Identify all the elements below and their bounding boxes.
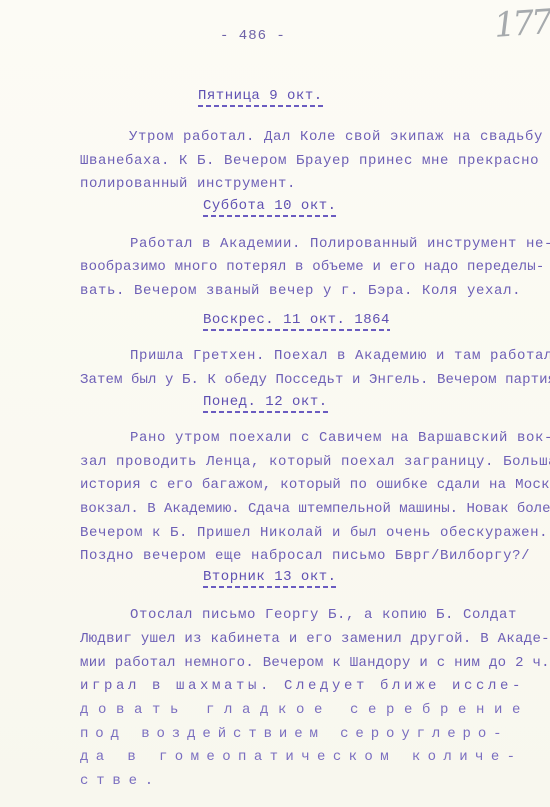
entry-line: вокзал. В Академию. Сдача штемпельной ма…	[80, 501, 550, 517]
entry-heading: Пятница 9 окт.	[198, 88, 323, 107]
entry-line: под воздействием сероуглеро-	[80, 726, 508, 742]
heading-underline	[203, 329, 390, 331]
entry-line: Отослал письмо Георгу Б., а копию Б. Сол…	[130, 607, 517, 623]
entry-line: стве.	[80, 773, 161, 789]
page-number: - 486 -	[220, 28, 286, 44]
heading-underline	[203, 411, 328, 413]
entry-heading: Понед. 12 окт.	[203, 394, 328, 413]
typewritten-page: - 486 - 177 Пятница 9 окт. Утром работал…	[0, 0, 550, 807]
entry-line: Пришла Гретхен. Поехал в Академию и там …	[130, 348, 550, 364]
entry-line: мии работал немного. Вечером к Шандору и…	[80, 655, 550, 671]
entry-line: довать гладкое серебрение	[80, 702, 530, 718]
entry-line: Рано утром поехали с Савичем на Варшавск…	[130, 430, 550, 446]
entry-line: Вечером к Б. Пришел Николай и был очень …	[80, 525, 548, 541]
entry-line: Утром работал. Дал Коле свой экипаж на с…	[129, 129, 543, 145]
entry-line: Затем был у Б. К обеду Посседьт и Энгель…	[80, 372, 550, 388]
entry-heading-text: Понед. 12 окт.	[203, 394, 328, 410]
entry-line: зал проводить Ленца, который поехал загр…	[80, 454, 550, 470]
entry-heading-text: Суббота 10 окт.	[203, 198, 337, 214]
entry-line: играл в шахматы. Следует ближе иссле-	[80, 678, 524, 694]
entry-heading-text: Пятница 9 окт.	[198, 88, 323, 104]
entry-line: да в гомеопатическом количе-	[80, 749, 522, 765]
entry-heading-text: Вторник 13 окт.	[203, 569, 337, 585]
entry-line: Людвиг ушел из кабинета и его заменил др…	[80, 631, 550, 647]
entry-line: Поздно вечером еще набросал письмо Бврг/…	[80, 548, 530, 564]
heading-underline	[198, 105, 323, 107]
entry-heading: Воскрес. 11 окт. 1864	[203, 312, 390, 331]
entry-line: Работал в Академии. Полированный инструм…	[130, 236, 550, 252]
entry-heading-text: Воскрес. 11 окт. 1864	[203, 312, 390, 328]
archive-folio-number: 177	[493, 2, 550, 46]
entry-heading: Суббота 10 окт.	[203, 198, 337, 217]
entry-line: вать. Вечером званый вечер у г. Бэра. Ко…	[80, 283, 521, 299]
entry-line: полированный инструмент.	[80, 176, 296, 192]
entry-line: история с его багажом, который по ошибке…	[80, 477, 550, 493]
entry-heading: Вторник 13 окт.	[203, 569, 337, 588]
heading-underline	[203, 215, 337, 217]
heading-underline	[203, 586, 337, 588]
entry-line: Шванебаха. К Б. Вечером Брауер принес мн…	[80, 153, 539, 169]
entry-line: вообразимо много потерял в объеме и его …	[80, 259, 544, 275]
